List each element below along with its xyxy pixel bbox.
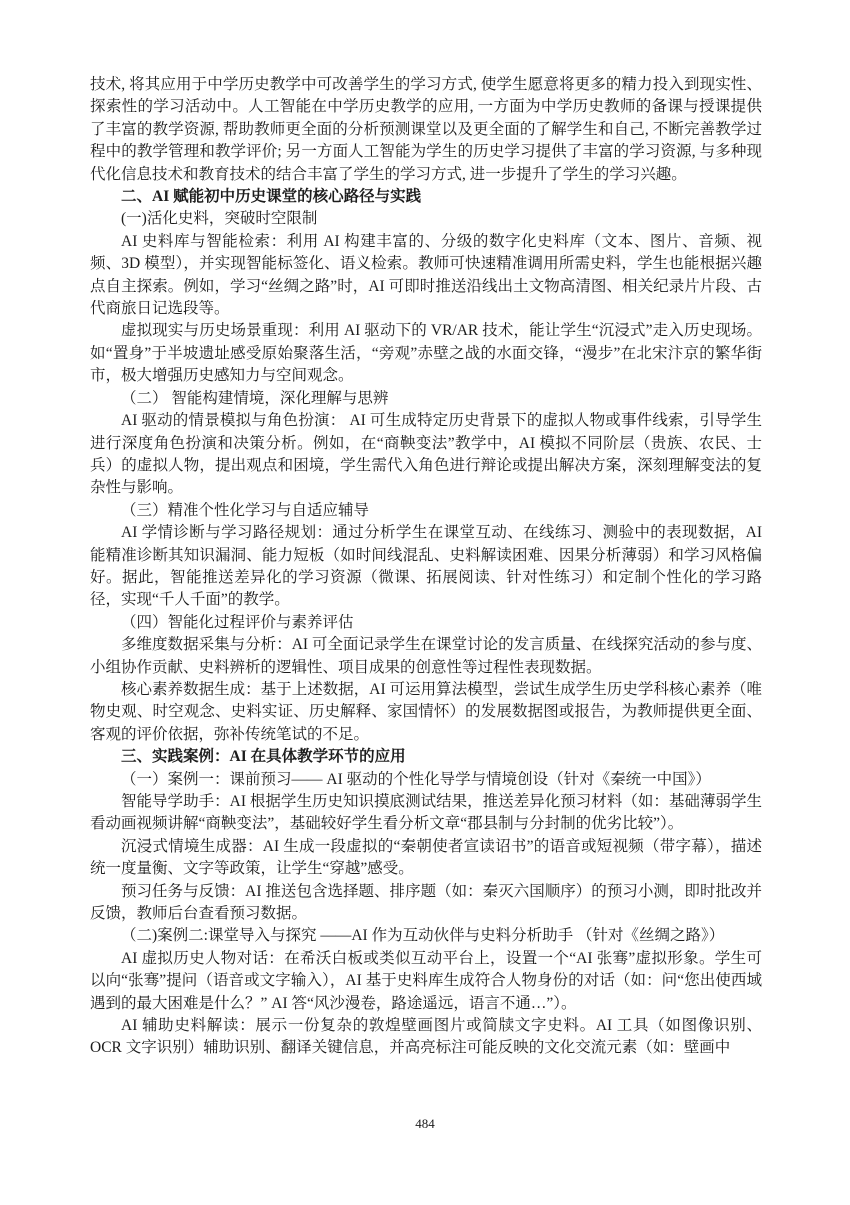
- section-heading-3: 三、实践案例：AI 在具体教学环节的应用: [90, 746, 762, 768]
- section-heading-2: 二、AI 赋能初中历史课堂的核心路径与实践: [90, 186, 762, 208]
- subsection-heading-2-4: （四）智能化过程评价与素养评估: [90, 612, 762, 634]
- subsection-heading-2-2: （二） 智能构建情境，深化理解与思辨: [90, 388, 762, 410]
- page-number: 484: [0, 1115, 850, 1133]
- subsection-heading-2-1: (一)活化史料，突破时空限制: [90, 208, 762, 230]
- paragraph: 核心素养数据生成：基于上述数据，AI 可运用算法模型，尝试生成学生历史学科核心素…: [90, 679, 762, 746]
- paragraph: 虚拟现实与历史场景重现：利用 AI 驱动下的 VR/AR 技术，能让学生“沉浸式…: [90, 320, 762, 387]
- paragraph: AI 虚拟历史人物对话：在希沃白板或类似互动平台上，设置一个“AI 张骞”虚拟形…: [90, 948, 762, 1015]
- paragraph: AI 史料库与智能检索：利用 AI 构建丰富的、分级的数字化史料库（文本、图片、…: [90, 231, 762, 321]
- paragraph: 沉浸式情境生成器：AI 生成一段虚拟的“秦朝使者宣读诏书”的语音或短视频（带字幕…: [90, 836, 762, 881]
- subsection-heading-2-3: （三）精准个性化学习与自适应辅导: [90, 500, 762, 522]
- paragraph-continuation: 技术, 将其应用于中学历史教学中可改善学生的学习方式, 使学生愿意将更多的精力投…: [90, 74, 762, 186]
- paragraph: 智能导学助手：AI 根据学生历史知识摸底测试结果，推送差异化预习材料（如：基础薄…: [90, 791, 762, 836]
- document-body: 技术, 将其应用于中学历史教学中可改善学生的学习方式, 使学生愿意将更多的精力投…: [90, 74, 762, 1060]
- paragraph: AI 学情诊断与学习路径规划：通过分析学生在课堂互动、在线练习、测验中的表现数据…: [90, 522, 762, 612]
- paragraph: 多维度数据采集与分析：AI 可全面记录学生在课堂讨论的发言质量、在线探究活动的参…: [90, 634, 762, 679]
- paragraph-truncated: AI 辅助史料解读：展示一份复杂的敦煌壁画图片或简牍文字史料。AI 工具（如图像…: [90, 1015, 762, 1060]
- paragraph: AI 驱动的情景模拟与角色扮演： AI 可生成特定历史背景下的虚拟人物或事件线索…: [90, 410, 762, 500]
- subsection-heading-3-2: （二)案例二:课堂导入与探究 ——AI 作为互动伙伴与史料分析助手 （针对《丝绸…: [90, 925, 762, 947]
- document-page: 技术, 将其应用于中学历史教学中可改善学生的学习方式, 使学生愿意将更多的精力投…: [0, 0, 850, 1205]
- paragraph: 预习任务与反馈：AI 推送包含选择题、排序题（如：秦灭六国顺序）的预习小测，即时…: [90, 881, 762, 926]
- subsection-heading-3-1: （一）案例一：课前预习—— AI 驱动的个性化导学与情境创设（针对《秦统一中国》…: [90, 769, 762, 791]
